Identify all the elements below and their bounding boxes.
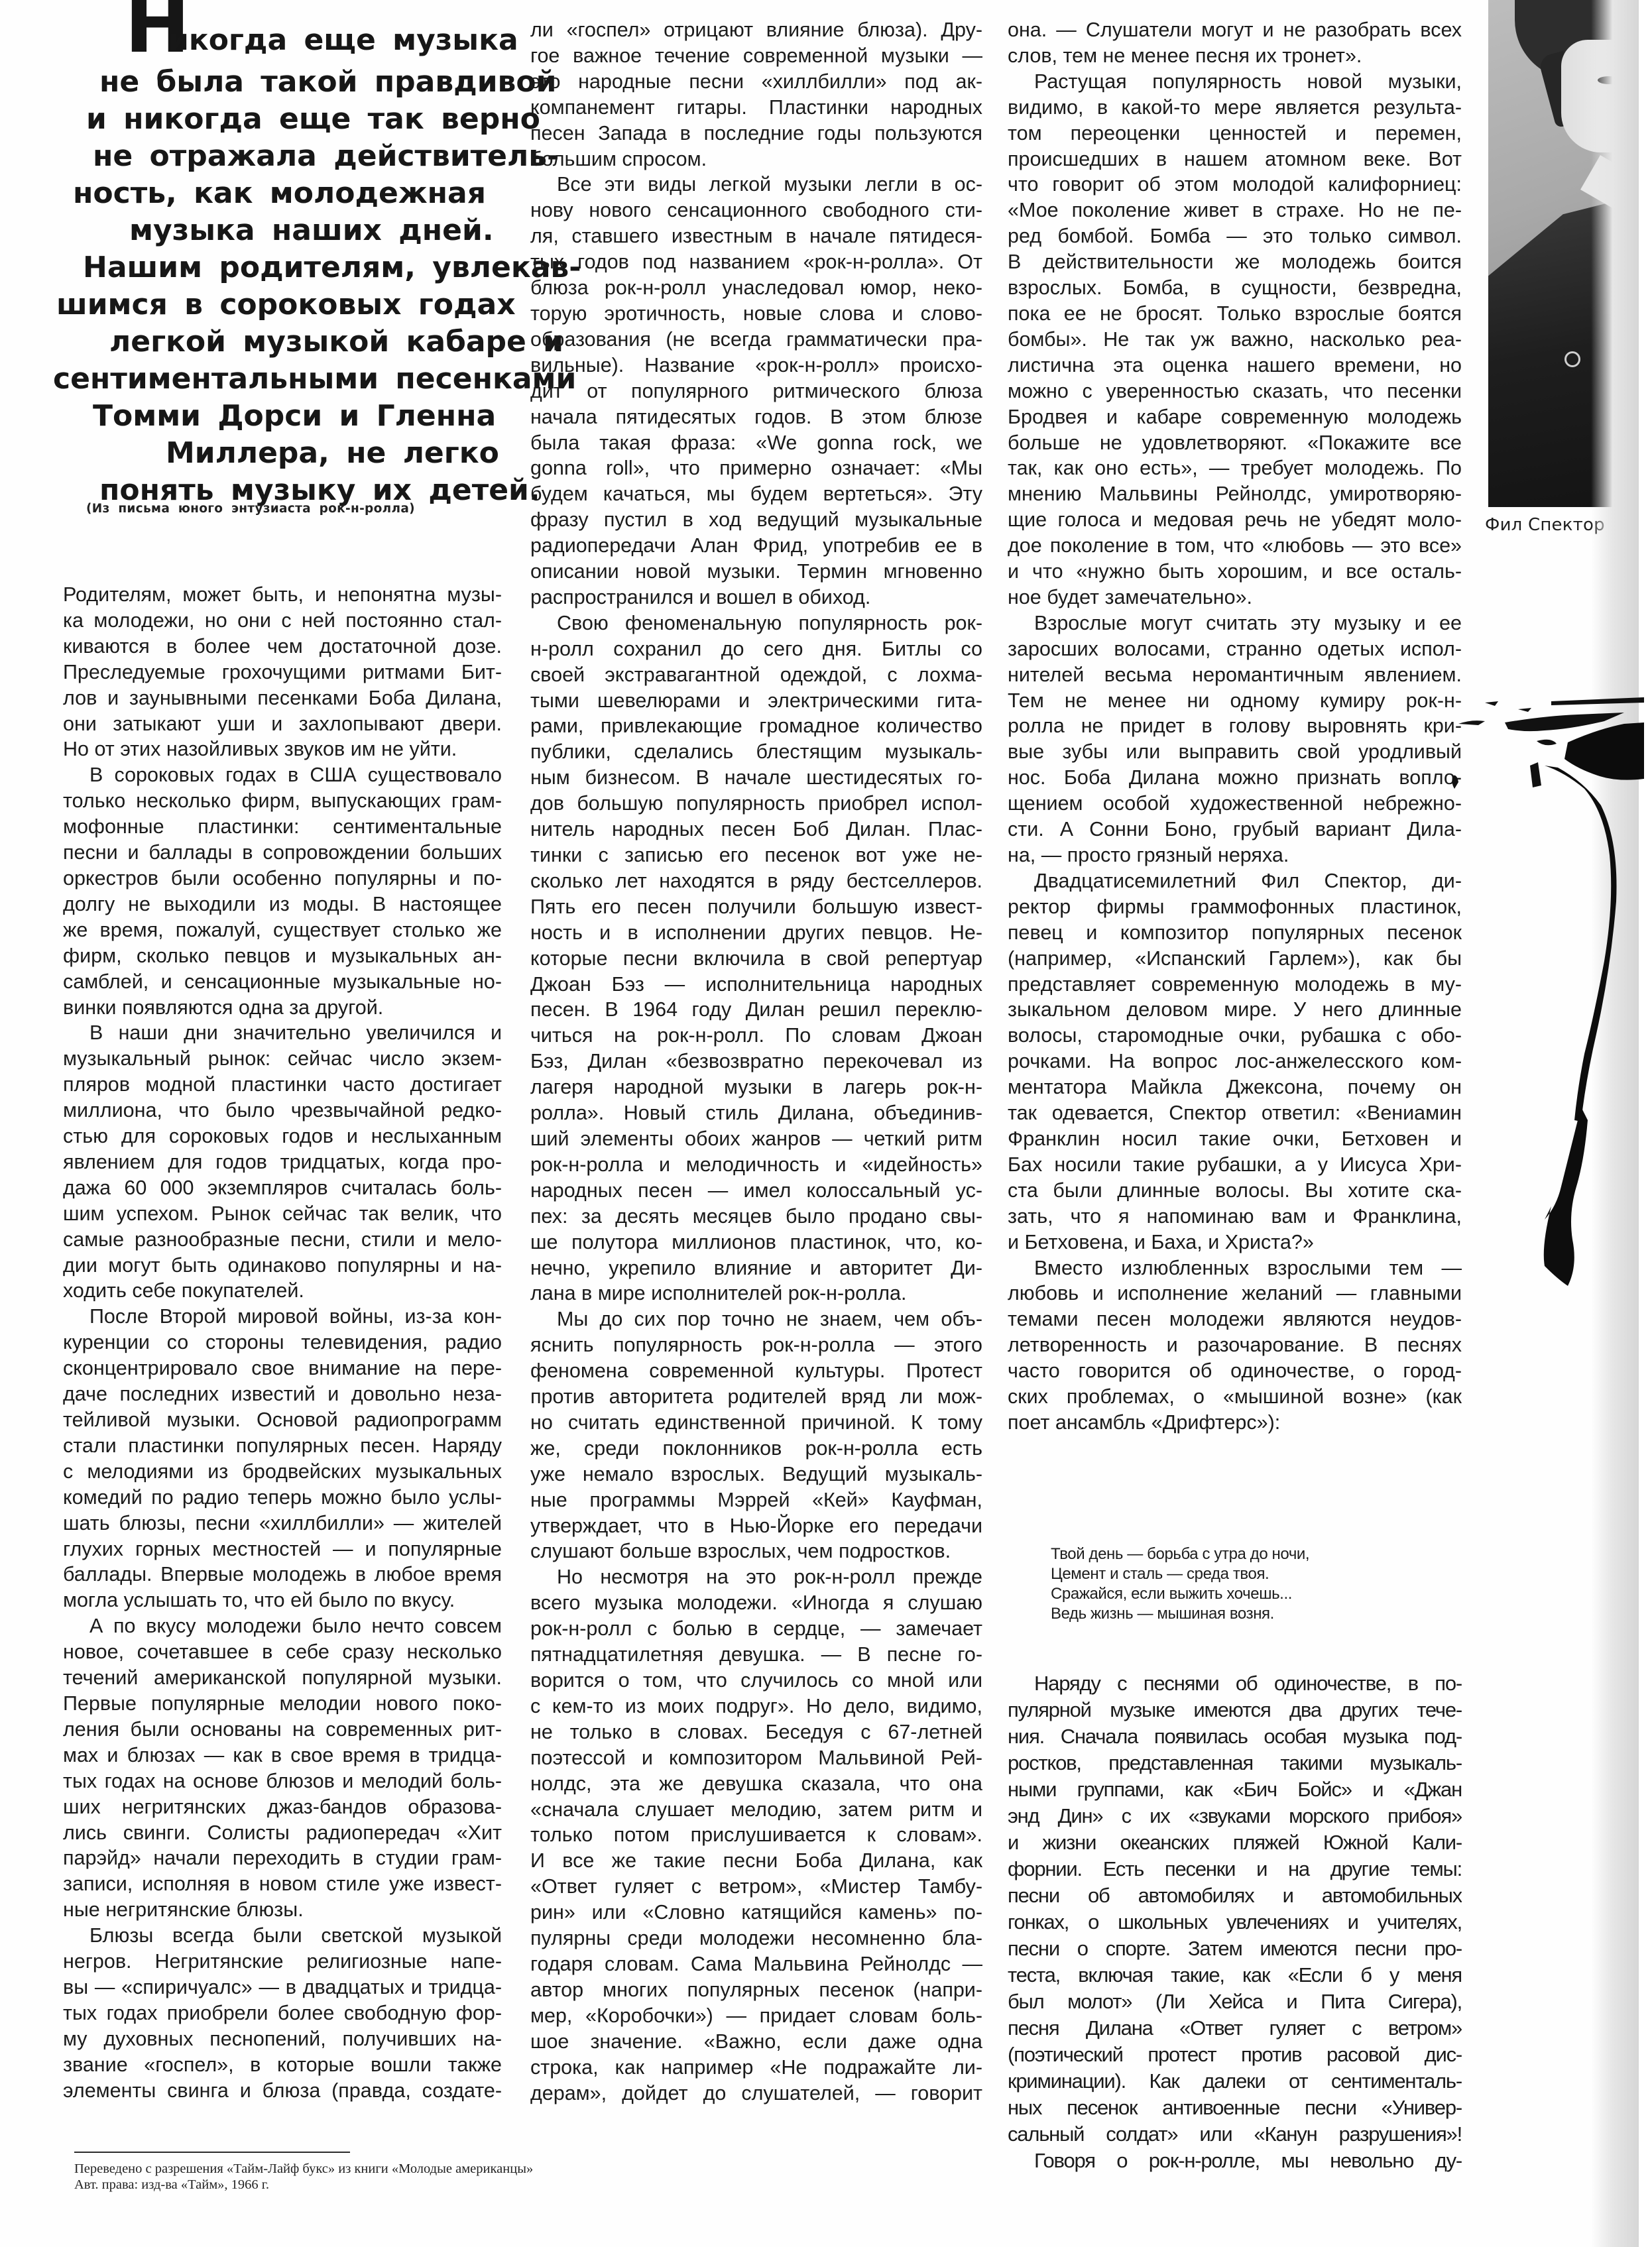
text-line: киваются в более чем достаточной дозе. bbox=[63, 634, 502, 660]
text-line: с мелодиями из бродвейских музыкальных bbox=[63, 1459, 502, 1485]
text-column-2: ли «госпел» отрицают влияние блюза). Дру… bbox=[530, 17, 982, 2106]
text-line: ность и в исполнении других певцов. Не- bbox=[530, 920, 982, 946]
text-line: «сначала слушает мелодию, затем ритм и bbox=[530, 1797, 982, 1823]
text-line: поэтессой и композитором Мальвиной Рей- bbox=[530, 1745, 982, 1771]
text-line: рок-н-ролл с болью в сердце, — замечает bbox=[530, 1616, 982, 1642]
text-line: ли «госпел» отрицают влияние блюза). Дру… bbox=[530, 17, 982, 43]
text-line: щие голоса и медовая речь не убедят моло… bbox=[1008, 507, 1462, 533]
text-line: мофонные пластинки: сентиментальные bbox=[63, 814, 502, 840]
text-line: своей экстравагантной одеждой, с лохма- bbox=[530, 662, 982, 688]
text-line: самые разнообразные песни, стили и мело- bbox=[63, 1227, 502, 1253]
text-line: рочками. На вопрос лос-анжелесского ком- bbox=[1008, 1049, 1462, 1074]
text-line: не только в словах. Беседуя с 67-летней bbox=[530, 1719, 982, 1745]
text-line: уже немало взрослых. Ведущий музыкаль- bbox=[530, 1462, 982, 1487]
text-line: песен Запада в последние годы пользуются bbox=[530, 121, 982, 146]
text-line: певец и композитор популярных песенок bbox=[1008, 920, 1462, 946]
text-line: начала пятидесятых годов. В этом блюзе bbox=[530, 404, 982, 430]
lyric-line: Твой день — борьба с утра до ночи, bbox=[1051, 1544, 1309, 1564]
text-line: Бродвея и кабаре современную молодежь bbox=[1008, 404, 1462, 430]
text-line: тыми шевелюрами и электрическими гита- bbox=[530, 688, 982, 714]
text-line: криминации). Как далеки от сентименталь- bbox=[1008, 2068, 1462, 2095]
text-line: В сороковых годах в США существовало bbox=[63, 762, 502, 788]
text-line: теста, включая такие, как «Если б у меня bbox=[1008, 1962, 1462, 1988]
text-line: она. — Слушатели могут и не разобрать вс… bbox=[1008, 17, 1462, 43]
text-line: зыкальном деловом мире. У него длинные bbox=[1008, 997, 1462, 1023]
text-line: слушают больше взрослых, чем подростков. bbox=[530, 1538, 982, 1564]
text-line: большим спросом. bbox=[530, 146, 982, 172]
text-line: Тем не менее ни одному кумиру рок-н- bbox=[1008, 688, 1462, 714]
text-line: gonna roll», что примерно означает: «Мы bbox=[530, 455, 982, 481]
text-line: Двадцатисемилетний Фил Спектор, ди- bbox=[1008, 868, 1462, 894]
text-line: пляров модной пластинки часто достигает bbox=[63, 1072, 502, 1098]
text-line: ные негритянские блюзы. bbox=[63, 1897, 502, 1923]
text-line: тейливой музыки. Основой радиопрограмм bbox=[63, 1407, 502, 1433]
text-line: лов и заунывными песенками Боба Дилана, bbox=[63, 685, 502, 711]
text-line: заросших волосами, странно одетых испол- bbox=[1008, 636, 1462, 662]
heading-line: сентиментальными песенками bbox=[53, 359, 576, 399]
text-line: пех: за десять месяцев было продано свы- bbox=[530, 1204, 982, 1230]
text-line: негров. Негритянские религиозные напе- bbox=[63, 1949, 502, 1975]
heading-line: легкой музыкой кабаре и bbox=[109, 321, 563, 362]
heading-line: Нашим родителям, увлекав- bbox=[83, 247, 581, 288]
text-line: И все же такие песни Боба Дилана, как bbox=[530, 1848, 982, 1874]
heading-line: музыка наших дней. bbox=[129, 210, 494, 251]
text-line: шим успехом. Рынок сейчас так велик, что bbox=[63, 1201, 502, 1227]
text-line: часто говорится об одиночестве, о город- bbox=[1008, 1358, 1462, 1384]
text-line: ным бизнесом. В начале шестидесятых го- bbox=[530, 765, 982, 791]
text-line: зать, что я напоминаю вам и Франклина, bbox=[1008, 1204, 1462, 1230]
translation-footnote: Переведено с разрешения «Тайм-Лайф букс»… bbox=[74, 2161, 538, 2193]
text-line: вые зубы или выправить свой уродливый bbox=[1008, 739, 1462, 765]
text-line: ворится о том, что случилось со мной или bbox=[530, 1668, 982, 1694]
text-line: лись свинги. Солисты радиопередач «Хит bbox=[63, 1820, 502, 1846]
text-line: любовь и исполнение желаний — главными bbox=[1008, 1281, 1462, 1306]
text-line: А по вкусу молодежи было нечто совсем bbox=[63, 1613, 502, 1639]
text-line: но считать единственной причиной. К тому bbox=[530, 1410, 982, 1436]
text-line: энд Дин» с их «звуками морского прибоя» bbox=[1008, 1803, 1462, 1829]
text-line: народных песен — имел колоссальный ус- bbox=[530, 1178, 982, 1204]
text-line: Франклин носил такие очки, Бетховен и bbox=[1008, 1126, 1462, 1152]
text-line: ше полутора миллионов пластинок, что, ко… bbox=[530, 1230, 982, 1255]
text-line: читься на рок-н-ролл. По словам Джоан bbox=[530, 1023, 982, 1049]
text-line: нечно, укрепило влияние и авторитет Ди- bbox=[530, 1255, 982, 1281]
text-line: публики, сделались блестящим музыкаль- bbox=[530, 739, 982, 765]
text-line: Бах носили такие рубашки, а у Иисуса Хри… bbox=[1008, 1152, 1462, 1178]
text-line: сконцентрировало свое внимание на пере- bbox=[63, 1355, 502, 1381]
text-line: пока ее не бросят. Только взрослые боятс… bbox=[1008, 301, 1462, 327]
text-line: Свою феноменальную популярность рок- bbox=[530, 610, 982, 636]
text-line: дит от популярного ритмического блюза bbox=[530, 378, 982, 404]
text-line: (поэтический протест против расовой дис- bbox=[1008, 2042, 1462, 2068]
text-line: новое, сочетавшее в себе сразу несколько bbox=[63, 1639, 502, 1665]
text-line: песни и баллады в сопровождении больших bbox=[63, 840, 502, 866]
text-line: дии могут быть одинаково популярны и на- bbox=[63, 1253, 502, 1279]
text-line: ментатора Майкла Джексона, почему он bbox=[1008, 1074, 1462, 1100]
text-line: ских проблемах, о «мышиной возне» (как bbox=[1008, 1384, 1462, 1410]
text-line: ные программы Мэррей «Кей» Кауфман, bbox=[530, 1487, 982, 1513]
text-line: пулярны среди молодежи несомненно бла- bbox=[530, 1926, 982, 1951]
footnote-divider bbox=[74, 2152, 350, 2153]
text-line: тых годах приобрели более свободную фор- bbox=[63, 2000, 502, 2026]
text-line: лагеря народной музыки в лагерь рок-н- bbox=[530, 1074, 982, 1100]
text-line: даче последних известий и довольно неза- bbox=[63, 1381, 502, 1407]
text-line: Говоря о рок-н-ролле, мы невольно ду- bbox=[1008, 2148, 1462, 2174]
text-line: утверждает, что в Нью-Йорке его передачи bbox=[530, 1513, 982, 1539]
text-line: ста были длинные волосы. Вы хотите ска- bbox=[1008, 1178, 1462, 1204]
text-line: торую эротичность, новые слова и слово- bbox=[530, 301, 982, 327]
text-line: «Ответ гуляет с ветром», «Мистер Тамбу- bbox=[530, 1874, 982, 1900]
text-line: После Второй мировой войны, из-за кон- bbox=[63, 1304, 502, 1330]
text-column-1: Родителям, может быть, и непонятна музы-… bbox=[63, 582, 502, 2103]
text-line: Но от этих назойливых звуков им не уйти. bbox=[63, 736, 502, 762]
text-line: тинки с записью его песенок вот уже не- bbox=[530, 842, 982, 868]
text-line: и жизни океанских пляжей Южной Кали- bbox=[1008, 1829, 1462, 1856]
text-line: ходить себе покупателей. bbox=[63, 1278, 502, 1304]
text-line: фирм, сколько певцов и музыкальных ан- bbox=[63, 943, 502, 969]
text-line: представляет современную молодежь в му- bbox=[1008, 972, 1462, 998]
lyric-line: Сражайся, если выжить хочешь... bbox=[1051, 1584, 1309, 1604]
text-line: феномена современной культуры. Протест bbox=[530, 1358, 982, 1384]
text-line: пятнадцатилетняя девушка. — В песне го- bbox=[530, 1642, 982, 1668]
heading-line: икогда еще музыка bbox=[168, 20, 518, 60]
text-line: против авторитета родителей вряд ли мож- bbox=[530, 1384, 982, 1410]
lyric-line: Ведь жизнь — мышиная возня. bbox=[1051, 1604, 1309, 1624]
text-line: «Мое поколение живет в страхе. Но не пе- bbox=[1008, 198, 1462, 223]
text-line: В действительности же молодежь боится bbox=[1008, 249, 1462, 275]
text-line: ния. Сначала появилась особая музыка под… bbox=[1008, 1723, 1462, 1750]
text-line: винки появляются одна за другой. bbox=[63, 995, 502, 1021]
text-line: могла услышать то, что ей было по вкусу. bbox=[63, 1587, 502, 1613]
text-line: была такая фраза: «We gonna rock, we bbox=[530, 430, 982, 456]
text-line: будем качаться, мы будем вертеться». Эту bbox=[530, 481, 982, 507]
text-line: что говорит об этом молодой калифорниец: bbox=[1008, 172, 1462, 198]
text-line: гонках, о школьных увлечениях и учителях… bbox=[1008, 1909, 1462, 1935]
text-line: сти. А Сонни Боно, грубый вариант Дила- bbox=[1008, 817, 1462, 842]
text-line: ший элементы обоих жанров — четкий ритм bbox=[530, 1126, 982, 1152]
text-line: взрослых. Бомба, в сущности, безвредна, bbox=[1008, 275, 1462, 301]
text-line: звание «госпел», в которые вошли также bbox=[63, 2052, 502, 2078]
text-line: гое важное течение современной музыки — bbox=[530, 43, 982, 69]
text-line: тых годах на основе блюзов и мелодий бол… bbox=[63, 1768, 502, 1794]
text-line: элементы свинга и блюза (правда, создате… bbox=[63, 2078, 502, 2104]
text-line: больше не удовлетворяют. «Покажите все bbox=[1008, 430, 1462, 456]
heading-line: шимся в сороковых годах bbox=[56, 284, 516, 325]
text-line: ред бомбой. Бомба — это только символ. bbox=[1008, 223, 1462, 249]
text-line: можно с уверенностью сказать, что песенк… bbox=[1008, 378, 1462, 404]
text-line: песня Дилана «Ответ гуляет с ветром» bbox=[1008, 2015, 1462, 2042]
text-line: они затыкают уши и захлопывают двери. bbox=[63, 711, 502, 737]
text-line: оркестров были особенно популярны и по- bbox=[63, 866, 502, 892]
text-line: ка молодежи, но они с ней постоянно стал… bbox=[63, 608, 502, 634]
text-line: лана в мире исполнителей рок-н-ролла. bbox=[530, 1281, 982, 1306]
text-line: Преследуемые грохочущими ритмами Бит- bbox=[63, 660, 502, 685]
text-line: явлением для годов тридцатых, когда про- bbox=[63, 1149, 502, 1175]
text-line: пулярной музыке имеются два других тече- bbox=[1008, 1697, 1462, 1723]
text-line: куренции со стороны телевидения, радио bbox=[63, 1330, 502, 1355]
text-line: комедий по радио теперь можно было услы- bbox=[63, 1485, 502, 1511]
text-line: ное будет замечательно». bbox=[1008, 585, 1462, 610]
text-line: Мы до сих пор точно не знаем, чем объ- bbox=[530, 1306, 982, 1332]
text-line: происшедших в нашем атомном веке. Вот bbox=[1008, 146, 1462, 172]
text-line: с кем-то из моих подруг». Но дело, видим… bbox=[530, 1694, 982, 1719]
text-line: стью для сороковых годов и неслыханным bbox=[63, 1123, 502, 1149]
text-line: нителей весьма неромантичным явлением. bbox=[1008, 662, 1462, 688]
text-line: записи, исполняя в новом стиле уже извес… bbox=[63, 1871, 502, 1897]
magazine-page: Н икогда еще музыка не была такой правди… bbox=[0, 0, 1652, 2247]
text-line: же время, пожалуй, существует столько же bbox=[63, 917, 502, 943]
heading-line: Миллера, не легко bbox=[166, 433, 499, 473]
text-line: музыкальный рынок: сейчас число экзем- bbox=[63, 1046, 502, 1072]
photo-button-shape bbox=[1564, 351, 1580, 367]
text-line: сколько лет находятся в ряду бестселлеро… bbox=[530, 868, 982, 894]
text-line: бомбы». Не так уж важно, насколько реа- bbox=[1008, 327, 1462, 353]
text-line: ных песенок антивоенные песни «Универ- bbox=[1008, 2095, 1462, 2121]
text-line: вы — «спиричуалс» — в двадцатых и тридца… bbox=[63, 1975, 502, 2000]
text-line: песен. В 1964 году Дилан решил переклю- bbox=[530, 997, 982, 1023]
text-line: годаря словам. Сама Мальвина Рейнолдс — bbox=[530, 1951, 982, 1977]
text-line: ролла». Новый стиль Дилана, объединив- bbox=[530, 1100, 982, 1126]
text-line: на, — просто грязный неряха. bbox=[1008, 842, 1462, 868]
text-line: Растущая популярность новой музыки, bbox=[1008, 69, 1462, 95]
heading-line: не была такой правдивой bbox=[99, 62, 556, 102]
song-lyrics-quote: Твой день — борьба с утра до ночи,Цемент… bbox=[1051, 1544, 1309, 1624]
text-line: темами песен молодежи являются неудов- bbox=[1008, 1306, 1462, 1332]
text-line: самблей, и сенсационные музыкальные но- bbox=[63, 969, 502, 995]
text-line: это народные песни «хиллбилли» под ак- bbox=[530, 69, 982, 95]
text-line: дое поколение в том, что «любовь — это в… bbox=[1008, 533, 1462, 559]
text-line: В наши дни значительно увеличился и bbox=[63, 1020, 502, 1046]
text-line: описании новой музыки. Термин мгновенно bbox=[530, 559, 982, 585]
text-line: компанемент гитары. Пластинки народных bbox=[530, 95, 982, 121]
text-line: Джоан Бэз — исполнительница народных bbox=[530, 972, 982, 998]
text-line: Все эти виды легкой музыки легли в ос- bbox=[530, 172, 982, 198]
text-line: Пять его песен получили большую извест- bbox=[530, 894, 982, 920]
text-line: автор многих популярных песенок (напри- bbox=[530, 1977, 982, 2003]
text-line: рами, привлекающие громадное количество bbox=[530, 713, 982, 739]
text-line: ших негритянских джаз-бандов образова- bbox=[63, 1794, 502, 1820]
text-line: радиопередачи Алан Фрид, употребив ее в bbox=[530, 533, 982, 559]
text-line: яснить популярность рок-н-ролла — этого bbox=[530, 1332, 982, 1358]
text-line: образования (не всегда грамматически пра… bbox=[530, 327, 982, 353]
text-line: баллады. Впервые молодежь в любое время bbox=[63, 1562, 502, 1587]
ink-splatter-decoration bbox=[1445, 683, 1644, 1677]
text-line: ления были основаны на современных рит- bbox=[63, 1717, 502, 1743]
text-line: ростков, представленная такими музыкаль- bbox=[1008, 1750, 1462, 1776]
text-line: форнии. Есть песенки и на другие темы: bbox=[1008, 1856, 1462, 1882]
text-column-3-bottom: Наряду с песнями об одиночестве, в по-пу… bbox=[1008, 1670, 1462, 2174]
text-line: мнению Мальвины Рейнолдс, умиротворяю- bbox=[1008, 481, 1462, 507]
text-line: (например, «Испанский Гарлем»), как бы bbox=[1008, 946, 1462, 972]
lyric-line: Цемент и сталь — среда твоя. bbox=[1051, 1564, 1309, 1584]
text-line: дов большую популярность приобрел испол- bbox=[530, 791, 982, 817]
text-line: Взрослые могут считать эту музыку и ее bbox=[1008, 610, 1462, 636]
text-line: песни об автомобилях и автомобильных bbox=[1008, 1882, 1462, 1909]
text-line: том переоценки ценностей и перемен, bbox=[1008, 121, 1462, 146]
text-line: поет ансамбль «Дрифтерс»): bbox=[1008, 1410, 1462, 1436]
text-line: ными группами, как «Бич Бойс» и «Джан bbox=[1008, 1776, 1462, 1803]
heading-line: ность, как молодежная bbox=[73, 173, 486, 213]
text-line: долгу не выходили из моды. В настоящее bbox=[63, 892, 502, 917]
text-line: Вместо излюбленных взрослыми тем — bbox=[1008, 1255, 1462, 1281]
text-line: щением особой художественной небрежно- bbox=[1008, 791, 1462, 817]
text-line: дажа 60 000 экземпляров считалась боль- bbox=[63, 1175, 502, 1201]
text-line: и что «нужно быть хорошим, и все осталь- bbox=[1008, 559, 1462, 585]
text-line: фразу пустил в ход ведущий музыкальные bbox=[530, 507, 982, 533]
text-line: нолдс, эта же девушка сказала, что она bbox=[530, 1771, 982, 1797]
text-line: Бэз, Дилан «безвозвратно перекочевал из bbox=[530, 1049, 982, 1074]
heading-attribution: (Из письма юного энтузиаста рок-н-ролла) bbox=[86, 502, 415, 516]
text-line: песни о спорте. Затем имеются песни про- bbox=[1008, 1935, 1462, 1962]
photo-caption: Фил Спектор bbox=[1485, 515, 1605, 535]
text-line: только потом прислушивается к словам». bbox=[530, 1822, 982, 1848]
text-line: дерам», дойдет до слушателей, — говорит bbox=[530, 2081, 982, 2106]
text-line: сальный солдат» или «Канун разрушения»! bbox=[1008, 2121, 1462, 2148]
text-line: мах и блюзах — как в свое время в тридца… bbox=[63, 1743, 502, 1768]
text-line: летворенность и разочарование. В песнях bbox=[1008, 1332, 1462, 1358]
text-line: вильные). Название «рок-н-ролл» происхо- bbox=[530, 353, 982, 378]
text-line: тых годов под названием «рок-н-ролла». О… bbox=[530, 249, 982, 275]
text-line: стали пластинки популярных песен. Наряду bbox=[63, 1433, 502, 1459]
text-line: н-ролл сохранил до сего дня. Битлы со bbox=[530, 636, 982, 662]
text-line: видимо, в какой-то мере является результ… bbox=[1008, 95, 1462, 121]
text-line: Первые популярные мелодии нового поко- bbox=[63, 1691, 502, 1717]
text-line: ля, ставшего известным в начале пятидеся… bbox=[530, 223, 982, 249]
text-line: Родителям, может быть, и непонятна музы- bbox=[63, 582, 502, 608]
heading-line: Томми Дорси и Гленна bbox=[93, 396, 496, 436]
text-line: строка, как например «Не подражайте ли- bbox=[530, 2055, 982, 2081]
text-line: миллиона, что было чрезвычайной редко- bbox=[63, 1098, 502, 1123]
text-line: нос. Боба Дилана можно признать вопло- bbox=[1008, 765, 1462, 791]
text-column-3-top: она. — Слушатели могут и не разобрать вс… bbox=[1008, 17, 1462, 1436]
text-line: же, среди поклонников рок-н-ролла есть bbox=[530, 1436, 982, 1462]
text-line: так одевается, Спектор ответил: «Вениами… bbox=[1008, 1100, 1462, 1126]
text-line: был молот» (Ли Хейса и Пита Сигера), bbox=[1008, 1988, 1462, 2015]
text-line: всего музыка молодежи. «Иногда я слушаю bbox=[530, 1590, 982, 1616]
text-line: мер, «Коробочки») — придает словам боль- bbox=[530, 2003, 982, 2029]
text-line: листична эта оценка нашего времени, но bbox=[1008, 353, 1462, 378]
text-line: блюза рок-н-ролл унаследовал юмор, неко- bbox=[530, 275, 982, 301]
text-line: и Бетховена, и Баха, и Христа?» bbox=[1008, 1230, 1462, 1255]
text-line: распространился и вошел в обиход. bbox=[530, 585, 982, 610]
text-line: которые песни включила в свой репертуар bbox=[530, 946, 982, 972]
text-line: течений американской популярной музыки. bbox=[63, 1665, 502, 1691]
heading-line: не отражала действитель- bbox=[93, 136, 559, 176]
text-line: Блюзы всегда были светской музыкой bbox=[63, 1923, 502, 1949]
text-line: нитель народных песен Боб Дилан. Плас- bbox=[530, 817, 982, 842]
text-line: ректор фирмы граммофонных пластинок, bbox=[1008, 894, 1462, 920]
text-line: Наряду с песнями об одиночестве, в по- bbox=[1008, 1670, 1462, 1697]
text-line: парэйд» начали переходить в студии грам- bbox=[63, 1845, 502, 1871]
text-line: нову нового сенсационного свободного сти… bbox=[530, 198, 982, 223]
text-line: Но несмотря на это рок-н-ролл прежде bbox=[530, 1564, 982, 1590]
text-line: глухих горных местностей — и популярные bbox=[63, 1536, 502, 1562]
text-line: шое значение. «Важно, если даже одна bbox=[530, 2029, 982, 2055]
text-line: му духовных песнопений, получивших на- bbox=[63, 2026, 502, 2052]
text-line: только несколько фирм, выпускающих грам- bbox=[63, 788, 502, 814]
text-line: волосы, старомодные очки, рубашка с обо- bbox=[1008, 1023, 1462, 1049]
text-line: слов, тем не менее песня их тронет». bbox=[1008, 43, 1462, 69]
heading-line: и никогда еще так верно bbox=[86, 99, 540, 139]
text-line: рок-н-ролла и мелодичность и «идейность» bbox=[530, 1152, 982, 1178]
text-line: рин» или «Словно катящийся камень» по- bbox=[530, 1900, 982, 1926]
text-line: шать блюзы, песни «хиллбилли» — жителей bbox=[63, 1511, 502, 1536]
text-line: ролла не придет в голову выровнять кри- bbox=[1008, 713, 1462, 739]
text-line: так, как оно есть», — требует молодежь. … bbox=[1008, 455, 1462, 481]
